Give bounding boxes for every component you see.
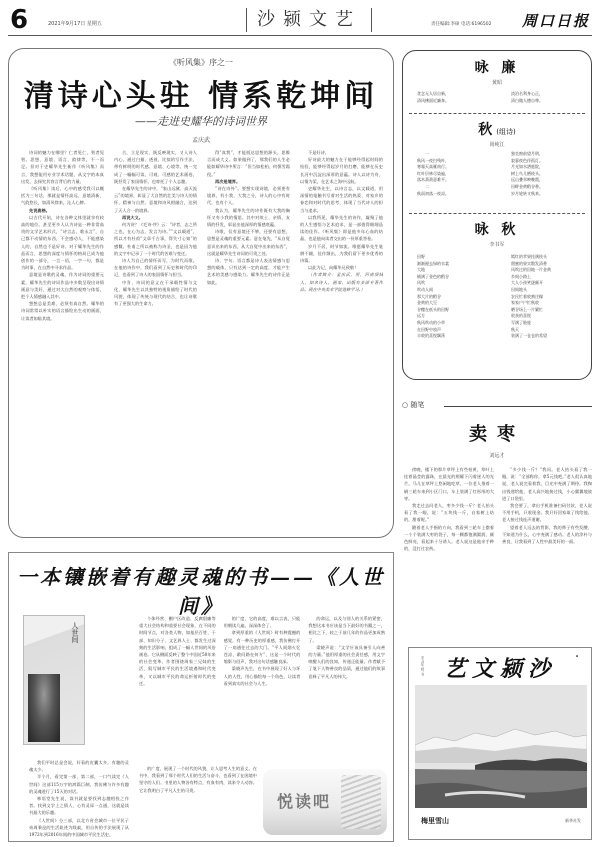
paragraph: 在耀华先生的诗中，“家山远黛、高天流云”的境界，彰显了大自然的壮美与诗人的情怀，…: [114, 185, 197, 214]
paragraph: 我认为，耀华先生的诗作既有大我的胸怀又有小我的情思。其中对故土、亲情、友情的抒发…: [207, 207, 290, 229]
paragraph: （作者简介：孟庆武，男，河南项城人，知名诗人，画家，出版有多部专著作品。现在中央…: [300, 271, 383, 293]
author-portrait: [28, 674, 60, 742]
article-column: 得“真我”，才能抵达思想的源头，思维言而成大义。如果做到了，那我们的人生必能如耀…: [207, 149, 290, 529]
essay-section-header: ○ 随笔: [402, 400, 592, 412]
paragraph: 望着老人远去的背影，我的鼻子有些发酸，不知道为什么，心中充满了感动。老人的淳朴与…: [502, 524, 592, 546]
paragraph: 我会要了，拿出手机准备扫码付款，老人说不用手机，只收现金。我只好回家取了钱给他。…: [502, 502, 592, 524]
article-body: 诗词的魅力在哪里？仁者见仁，智者见智。思想、意境、语言、韵律等，不一而足。但对于…: [21, 149, 383, 529]
poem-author: 李书军: [403, 241, 591, 248]
main-article: 《听风集》序之一 清诗心头驻 情系乾坤间 ——走进史耀华的诗词世界 孟庆武 诗词…: [8, 48, 394, 538]
calligraphy-title: 艺文颍沙: [409, 652, 591, 683]
paragraph: 以此为记，向耀华兄致敬！: [300, 264, 383, 271]
snow-mountain-image: [415, 685, 587, 808]
paragraph: 傍晚，楼下的那片草坪上有些枯黄，草叶上挂着晶莹的露珠，在晨光的照耀下闪着迷人的光…: [404, 466, 494, 502]
section-rule: [444, 406, 592, 407]
paragraph: 好诗最大的魅力在于能够经得起时间的检验，能够经得起岁月的打磨，能够在历史长河中沉…: [300, 156, 383, 185]
paragraph-heading: 再次是境界。: [207, 178, 290, 185]
book-review: 一本镶嵌着有趣灵魂的书——《人世间》 人世间 我们平时总是会说，好看的皮囊太多，…: [8, 552, 394, 842]
essay-author: 刘远才: [402, 452, 592, 459]
paragraph: 何为诗？《毛诗·序》云：“诗者，志之所之也，在心为志，发言为诗。”“文以载道”，…: [114, 221, 197, 257]
poem-lines-right: 淡泊名利身心正， 清白做人德自尊。: [511, 91, 543, 104]
paragraph: 想想总是美难，必须有真自然。耀华的诗词常常以朴实的语言描绘出生动的画面，让读者如…: [21, 300, 104, 322]
book-review-title: 一本镶嵌着有趣灵魂的书——《人世间》: [9, 561, 393, 619]
paragraph: 得“真我”，才能抵达思想的源头，思维言而成大义。如果做到了，那我们的人生必能如耀…: [207, 149, 290, 178]
poem-divider: [409, 113, 585, 114]
paragraph: 随着老人手指的方向，我看到三轮车上摆着一个个装满大枣的袋子，每一颗都饱满圆润，颜…: [404, 524, 494, 553]
reading-banner-text: 悦读吧: [277, 789, 331, 812]
paragraph: 史耀华先生，以诗言志，以文载道，用深情的笔触书写着对生活的热爱、对家乡的眷恋和对…: [300, 185, 383, 214]
article-column: 不是好诗。好诗最大的魅力在于能够经得起时间的检验，能够经得起岁月的打磨，能够在历…: [300, 149, 383, 529]
paragraph: 诗人为自己的情怀而写，为时代而歌。在他的诗作中，我们看到了历史和时代的印记，也看…: [114, 257, 197, 279]
poem-lines-left: 一 秋风一夜扫残叶， 寒霜天高雁南行。 红叶层林尽染遍， 落木萧萧意难平。 二 …: [417, 151, 449, 197]
book-review-column: 的命运，以及与别人的关系的紧密，我想这本书应该是当下最好的书籍之一，相比之下，较…: [308, 615, 385, 765]
newspaper-name: 周口日报: [522, 10, 590, 31]
poem-lines-right: 嫣红的苹果挂满枝头 甜蜜的果实散发清香 风吹过的田地一片金黄 乡间小路上 大人小…: [511, 254, 551, 340]
photo-caption: 梅里雪山: [421, 816, 449, 826]
article-column: 合，立足现实，既反映现实，又入诗人内心，通过白描、透视、比拟的写作手法，带有鲜明…: [114, 149, 197, 529]
poem-divider: [409, 213, 585, 214]
essay-body: 傍晚，楼下的那片草坪上有些枯黄，草叶上挂着晶莹的露珠，在晨光的照耀下闪着迷人的光…: [404, 466, 592, 636]
paragraph: 不是好诗。: [300, 149, 383, 156]
paragraph: 我们平时总是会说，好看的皮囊太多，有趣的灵魂太少。: [29, 759, 129, 773]
poem-lines-left: 田野 渐渐褪去绿的衣裳 大地 铺满了金色的稻谷 风吹 吹动人间 那大片的稻谷 金…: [417, 254, 449, 340]
reading-banner: 悦读吧: [263, 769, 387, 835]
paragraph: “多少钱一斤？”我问。老人抬头看了我一眼，说：“全部称你，拿5元钱吧。”老人很认…: [502, 466, 592, 502]
mountain-photo: [415, 685, 587, 808]
poem-title: 咏 廉: [403, 57, 591, 77]
paragraph: 诗词的魅力在哪里？仁者见仁，智者见智。思想、意境、语言、韵律等，不一而足。但对于…: [21, 149, 104, 185]
paragraph: 诗歌，仅有意境还不够，还要有思想，思想是灵魂的重要元素。意在笔先，“从自觉意识出…: [207, 228, 290, 257]
paragraph: 我走过去问老人，枣多少钱一斤？老人抬头看了我一眼，说：“五块钱一斤，自家树上结的…: [404, 502, 494, 524]
poem-lines-right: 独坐窗前望月明， 寂寥夜色伴孤灯。 月光如水洒庭院， 树上鸟儿栖枝头。 远山叠翠…: [511, 151, 543, 197]
paragraph: 的广度，展现了一个时代的风貌，让人思考人生的意义。在书中，我看到了那个时代人们的…: [139, 765, 257, 794]
essay-title: 卖枣: [402, 420, 592, 446]
paragraph: 梁晓声先生，在书中展现了好人与坏人的人性，用心描绘每一个角色，让读者看到真实的社…: [224, 665, 301, 687]
article-subtitle: ——走进史耀华的诗词世界: [9, 113, 393, 129]
poem-author: 尚纯江: [403, 141, 591, 148]
paragraph: 个体经营、棚户区改造、反腐倡廉等重大社会结构和重要社会现象，在不同的时间节点，对…: [139, 615, 216, 687]
book-review-body: 个体经营、棚户区改造、反腐倡廉等重大社会结构和重要社会现象，在不同的时间节点，对…: [139, 615, 385, 765]
book-cover-image: 人世间: [23, 615, 85, 745]
paragraph: 意境是诗歌的灵魂，作为诗词的重要元素，耀华先生的诗词作品中多数呈现出诗情画意与美…: [21, 271, 104, 300]
paragraph: “诗在诗外”。要想实现诗境，必须要有境界，有小我、大我之分，诗人的心中有时代，也…: [207, 185, 290, 207]
article-column: 诗词的魅力在哪里？仁者见仁，智者见智。思想、意境、语言、韵律等，不一而足。但对于…: [21, 149, 104, 529]
paragraph-heading: 再说大义。: [114, 214, 197, 221]
paragraph: 的命运，以及与别人的关系的紧密，我想这本书应该是当下最好的书籍之一，相比之下，较…: [308, 615, 385, 644]
poem-lines-left: 贪念无人居自新， 清风拂面近廉奔。: [417, 91, 449, 104]
paragraph: 《听风集》读后，心中的感受我可以概括为三句话，那就是情怀高远、意境清新、气韵悠长…: [21, 185, 104, 207]
paragraph: 半个月，看完第一部、第二部，一口气读完《人世间》这部115万字的鸿篇巨制，我仿佛…: [29, 773, 129, 795]
poems-box: 咏 廉 黄昭 贪念无人居自新， 清风拂面近廉奔。 淡泊名利身心正， 清白做人德自…: [402, 50, 592, 380]
editor-info: 责任编辑:李硕 电话:6196502: [431, 21, 492, 27]
paragraph: 以古代开始，诗在各种文体里就享有较高的地位。甚至更多人认为诗是一种非常高贵的文学…: [21, 214, 104, 272]
book-review-column: 我们平时总是会说，好看的皮囊太多，有趣的灵魂太少。半个月，看完第一部、第二部，一…: [29, 759, 129, 839]
paragraph: 中肯、诗词的意义在于承载性情与文化，耀华先生以其独特的视角描绘了时代的风貌，体现…: [114, 279, 197, 308]
poem-title: 秋(组诗): [403, 119, 591, 139]
books-bamboo-illustration: [341, 775, 381, 829]
poem-author: 黄昭: [403, 79, 591, 86]
section-title: 沙颍文艺: [246, 8, 372, 32]
essay-column: “多少钱一斤？”我问。老人抬头看了我一眼，说：“全部称你，拿5元钱吧。”老人很认…: [502, 466, 592, 636]
issue-date: 2021年9月17日 星期五: [48, 20, 102, 27]
article-kicker: 《听风集》序之一: [9, 57, 393, 68]
paragraph: 林语堂先生说，读书就是要找到志趣相投之作者。找到文学上之情人，心有灵犀一点通，这…: [29, 795, 129, 817]
poem-title: 咏 秋: [403, 219, 591, 239]
paragraph: 岁月不居，时节如流。唯愿耀华先生笔耕不辍，佳作频出，为我们留下更多优秀的诗篇。: [300, 243, 383, 265]
section-label: ○ 随笔: [402, 400, 424, 410]
paragraph: 合，立足现实，既反映现实，又入诗人内心，通过白描、透视、比拟的写作手法，带有鲜明…: [114, 149, 197, 185]
paragraph: 的广度，它的高度，难以言表，只能用朝读几遍，深深体会了。: [224, 615, 301, 629]
book-review-column: 的广度，它的高度，难以言表，只能用朝读几遍，深深体会了。拿到厚重的《人世间》时有…: [224, 615, 301, 765]
essay-column: 傍晚，楼下的那片草坪上有些枯黄，草叶上挂着晶莹的露珠，在晨光的照耀下闪着迷人的光…: [404, 466, 494, 636]
paragraph-heading: 先说高格。: [21, 207, 104, 214]
book-review-column: 的广度，展现了一个时代的风貌，让人思考人生的意义。在书中，我看到了那个时代人们的…: [139, 765, 257, 839]
paragraph: 诗、字句、语言都是诗人表达情感与思想的载体，只有达到一定的高度，才能产生艺术的美…: [207, 257, 290, 286]
paragraph: 梁晓声说：“文学应该具备引人向善的力量。”他用厚重的社会责任感，用文字唤醒人们的…: [308, 644, 385, 680]
paragraph: 《人世间》分三部，以北方省会城市一位平民子弟周秉昆的生活轨迹为线索，用自传的手法…: [29, 817, 129, 839]
paragraph: 以我所见，耀华先生的诗作，凝聚了他的人生感悟与艺术追求，是一部值得细细品读的佳作…: [300, 214, 383, 243]
book-review-column: 个体经营、棚户区改造、反腐倡廉等重大社会结构和重要社会现象，在不同的时间节点，对…: [139, 615, 216, 765]
book-cover-title: 人世间: [70, 622, 80, 643]
masthead: 6 2021年9月17日 星期五 沙颍文艺 责任编辑:李硕 电话:6196502…: [8, 6, 592, 36]
art-box: 辛丑年·秋·书 艺文颍沙 ▪ 梅里雪山 新华社发: [408, 647, 592, 840]
paragraph: 拿到厚重的《人世间》时有种震撼的感觉，有一种历史的厚重感，我仿佛打开了一扇通往过…: [224, 629, 301, 665]
seal-stamp: ▪: [575, 654, 579, 658]
article-author: 孟庆武: [9, 135, 393, 144]
photo-credit: 新华社发: [565, 818, 581, 824]
page-number: 6: [10, 6, 28, 34]
article-title: 清诗心头驻 情系乾坤间: [9, 71, 393, 115]
